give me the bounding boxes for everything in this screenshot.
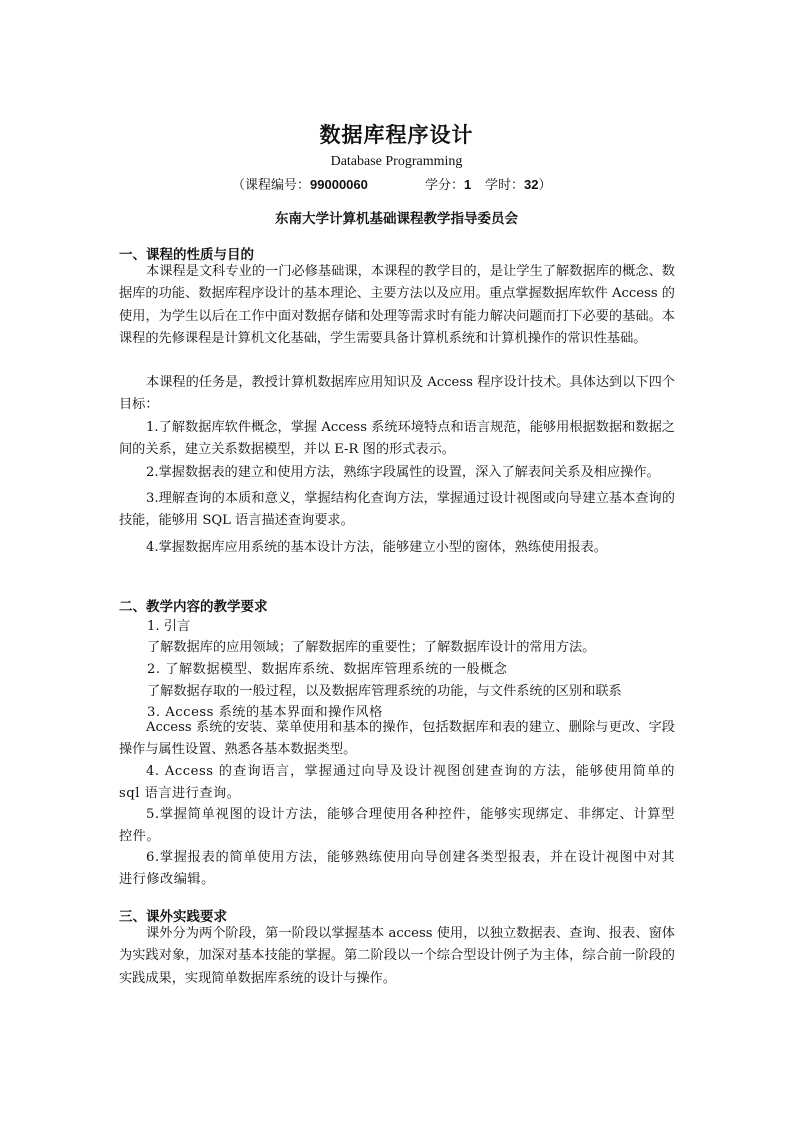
section-1-paragraph-1: 本课程是文科专业的一门必修基础课，本课程的教学目的，是让学生了解数据库的概念、数…: [119, 261, 675, 350]
credits-value: 1: [464, 177, 471, 192]
section-3-heading: 三、课外实践要求: [119, 905, 227, 925]
course-code-label: 课程编号：: [245, 178, 310, 193]
topic-3-text: Access 系统的安装、菜单使用和基本的操作，包括数据库和表的建立、删除与更改…: [119, 717, 675, 762]
section-3-paragraph: 课外分为两个阶段，第一阶段以掌握基本 access 使用，以独立数据表、查询、报…: [119, 923, 675, 990]
topic-1-title: 1. 引言: [147, 615, 190, 634]
topic-2-title: 2. 了解数据模型、数据库系统、数据库管理系统的一般概念: [147, 658, 507, 677]
topic-4: 4. Access 的查询语言，掌握通过向导及设计视图创建查询的方法，能够使用简…: [119, 761, 675, 806]
document-subtitle: Database Programming: [0, 154, 793, 170]
goal-2: 2.掌握数据表的建立和使用方法，熟练字段属性的设置，深入了解表间关系及相应操作。: [119, 462, 675, 484]
topic-2-text: 了解数据存取的一般过程，以及数据库管理系统的功能，与文件系统的区别和联系: [147, 680, 622, 699]
goal-4: 4.掌握数据库应用系统的基本设计方法，能够建立小型的窗体，熟练使用报表。: [119, 537, 675, 559]
section-1-heading: 一、课程的性质与目的: [119, 243, 254, 263]
credits-label: 学分：: [425, 178, 464, 193]
goal-1: 1.了解数据库软件概念，掌握 Access 系统环境特点和语言规范，能够用根据数…: [119, 417, 675, 462]
topic-6: 6.掌握报表的简单使用方法，能够熟练使用向导创建各类型报表，并在设计视图中对其进…: [119, 847, 675, 892]
meta-close-paren: ）: [538, 178, 551, 193]
course-hours: 学时：32）: [485, 174, 552, 193]
document-title: 数据库程序设计: [0, 119, 793, 149]
topic-1-text: 了解数据库的应用领域；了解数据库的重要性；了解数据库设计的常用方法。: [147, 636, 595, 655]
course-code: 99000060: [310, 177, 368, 192]
hours-label: 学时：: [485, 178, 524, 193]
course-meta: （课程编号：99000060: [232, 174, 368, 193]
committee-name: 东南大学计算机基础课程教学指导委员会: [0, 207, 793, 227]
course-credits: 学分：1: [425, 174, 471, 193]
topic-5: 5.掌握简单视图的设计方法，能够合理使用各种控件，能够实现绑定、非绑定、计算型控…: [119, 804, 675, 849]
section-1-paragraph-2: 本课程的任务是，教授计算机数据库应用知识及 Access 程序设计技术。具体达到…: [119, 372, 675, 417]
meta-open-paren: （: [232, 178, 245, 193]
section-2-heading: 二、教学内容的教学要求: [119, 595, 268, 615]
hours-value: 32: [524, 177, 538, 192]
goal-3: 3.理解查询的本质和意义，掌握结构化查询方法，掌握通过设计视图或向导建立基本查询…: [119, 488, 675, 533]
document-page: 数据库程序设计 Database Programming （课程编号：99000…: [0, 0, 793, 1122]
